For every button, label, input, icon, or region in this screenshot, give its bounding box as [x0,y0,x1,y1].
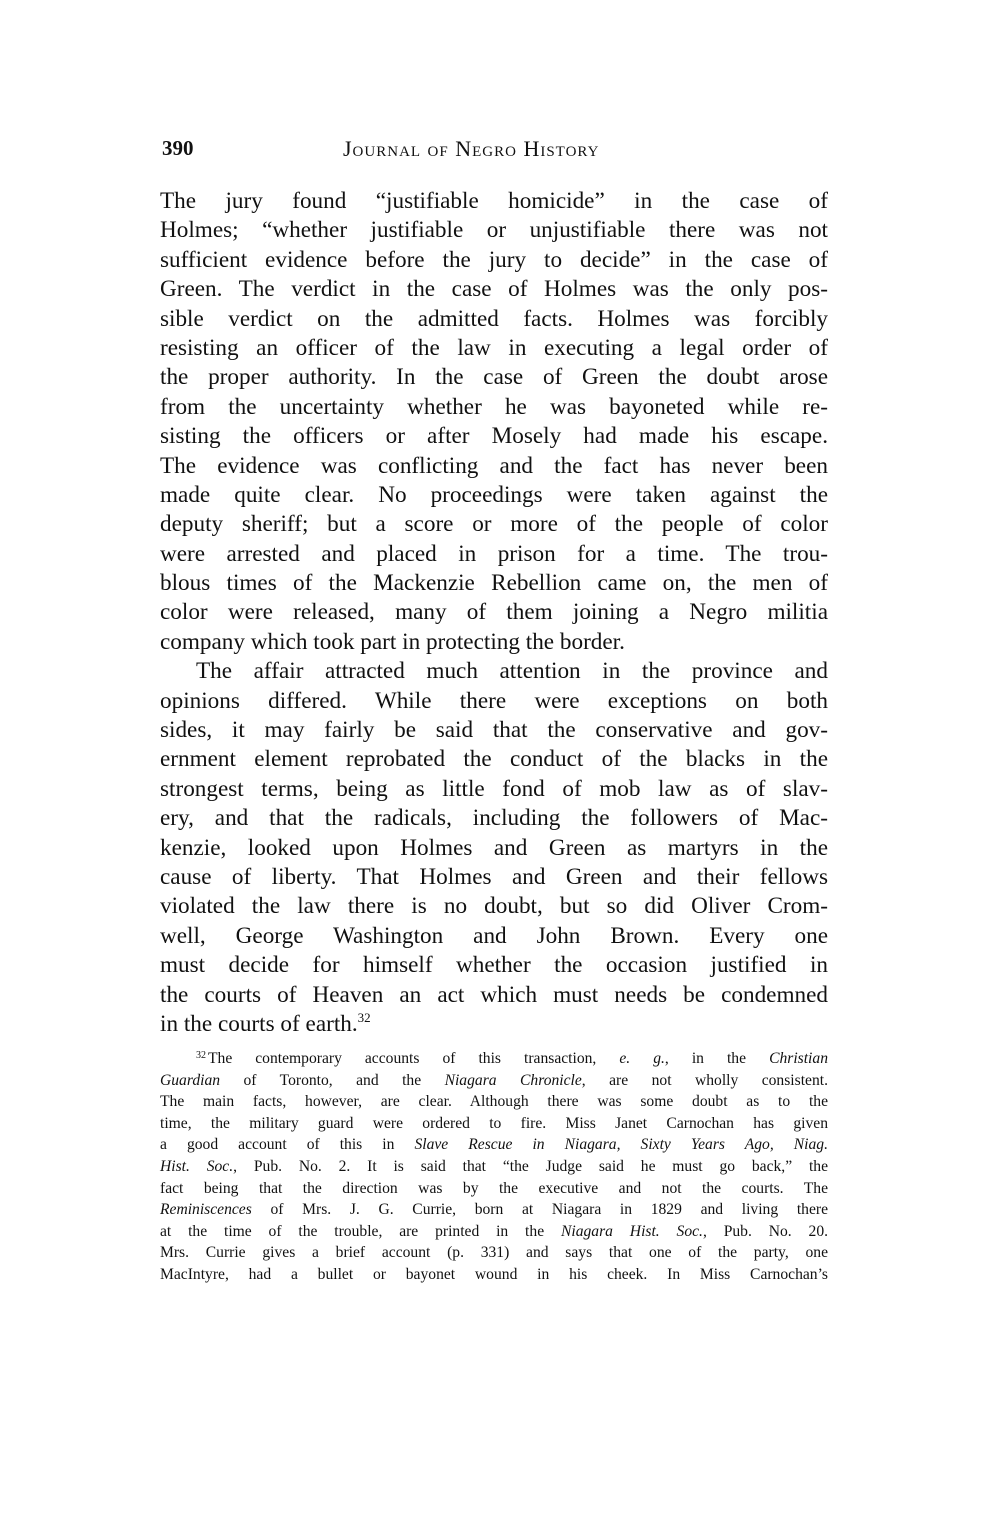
footnote-italic: Christian [769,1050,828,1067]
paragraph-1: The jury found “justifiable homicide” in… [160,187,828,657]
footnote-32: 32The contemporary accounts of this tran… [160,1048,828,1286]
footnote-line: fact being that the direction was by the… [160,1178,828,1200]
text-line: from the uncertainty whether he was bayo… [160,393,828,422]
footnote-text: at the time of the trouble, are printed … [160,1223,561,1240]
text-line: opinions differed. While there were exce… [160,687,828,716]
text-line: the proper authority. In the case of Gre… [160,363,828,392]
footnote-italic: Hist. Soc. [160,1158,233,1175]
text-line: strongest terms, being as little fond of… [160,775,828,804]
text-line: deputy sheriff; but a score or more of t… [160,510,828,539]
footnote-text: of Toronto, and the [220,1072,445,1089]
footnote-line: The main facts, however, are clear. Alth… [160,1091,828,1113]
text-line: sible verdict on the admitted facts. Hol… [160,305,828,334]
text-line: sides, it may fairly be said that the co… [160,716,828,745]
footnote-italic: Niagara Chronicle [445,1072,582,1089]
body-text: The jury found “justifiable homicide” in… [160,187,828,1039]
text-line: The jury found “justifiable homicide” in… [160,187,828,216]
text-line: made quite clear. No proceedings were ta… [160,481,828,510]
footnote-line: Guardian of Toronto, and the Niagara Chr… [160,1070,828,1092]
final-line-text: in the courts of earth. [160,1011,358,1037]
footnote-line: Mrs. Currie gives a brief account (p. 33… [160,1242,828,1264]
text-line: sisting the officers or after Mosely had… [160,422,828,451]
text-line: The affair attracted much attention in t… [160,657,828,686]
footnote-line: Hist. Soc., Pub. No. 2. It is said that … [160,1156,828,1178]
text-line: the courts of Heaven an act which must n… [160,981,828,1010]
footnote-marker: 32 [196,1050,206,1061]
text-line: must decide for himself whether the occa… [160,951,828,980]
footnote-italic: Slave Rescue in Niagara, Sixty Years Ago… [414,1136,828,1153]
text-line: cause of liberty. That Holmes and Green … [160,863,828,892]
footnote-text: , Pub. No. 2. It is said that “the Judge… [233,1158,828,1175]
text-line: well, George Washington and John Brown. … [160,922,828,951]
text-line: sufficient evidence before the jury to d… [160,246,828,275]
footnote-line: MacIntyre, had a bullet or bayonet wound… [160,1264,828,1286]
footnote-italic: Guardian [160,1072,220,1089]
text-line: ernment element reprobated the conduct o… [160,745,828,774]
footnote-line: Reminiscences of Mrs. J. G. Currie, born… [160,1199,828,1221]
footnote-text: , are not wholly consistent. [582,1072,828,1089]
text-line: Holmes; “whether justifiable or unjustif… [160,216,828,245]
footnote-italic: Niagara Hist. Soc. [561,1223,703,1240]
footnote-text: , Pub. No. 20. [703,1223,828,1240]
footnote-reference[interactable]: 32 [358,1010,371,1025]
text-line: Green. The verdict in the case of Holmes… [160,275,828,304]
journal-title: Journal of Negro History [343,136,599,162]
footnote-text: of Mrs. J. G. Currie, born at Niagara in… [252,1201,828,1218]
text-line: resisting an officer of the law in execu… [160,334,828,363]
text-line-final: in the courts of earth.32 [160,1010,828,1039]
text-line: kenzie, looked upon Holmes and Green as … [160,834,828,863]
paragraph-2: The affair attracted much attention in t… [160,657,828,1039]
footnote-line: a good account of this in Slave Rescue i… [160,1134,828,1156]
footnote-line: time, the military guard were ordered to… [160,1113,828,1135]
footnote-line: at the time of the trouble, are printed … [160,1221,828,1243]
running-head: 390 Journal of Negro History [160,136,828,166]
text-line: violated the law there is no doubt, but … [160,892,828,921]
footnote-line: 32The contemporary accounts of this tran… [160,1048,828,1070]
page-number: 390 [162,136,194,161]
footnote-italic: e. g. [619,1050,665,1067]
footnote-text: , in the [665,1050,769,1067]
text-line: color were released, many of them joinin… [160,598,828,627]
footnote-italic: Reminiscences [160,1201,252,1218]
text-line: The evidence was conflicting and the fac… [160,452,828,481]
text-line: company which took part in protecting th… [160,628,828,657]
text-line: were arrested and placed in prison for a… [160,540,828,569]
footnote-text: The contemporary accounts of this transa… [208,1050,619,1067]
footnote-text: a good account of this in [160,1136,414,1153]
text-line: blous times of the Mackenzie Rebellion c… [160,569,828,598]
text-line: ery, and that the radicals, including th… [160,804,828,833]
